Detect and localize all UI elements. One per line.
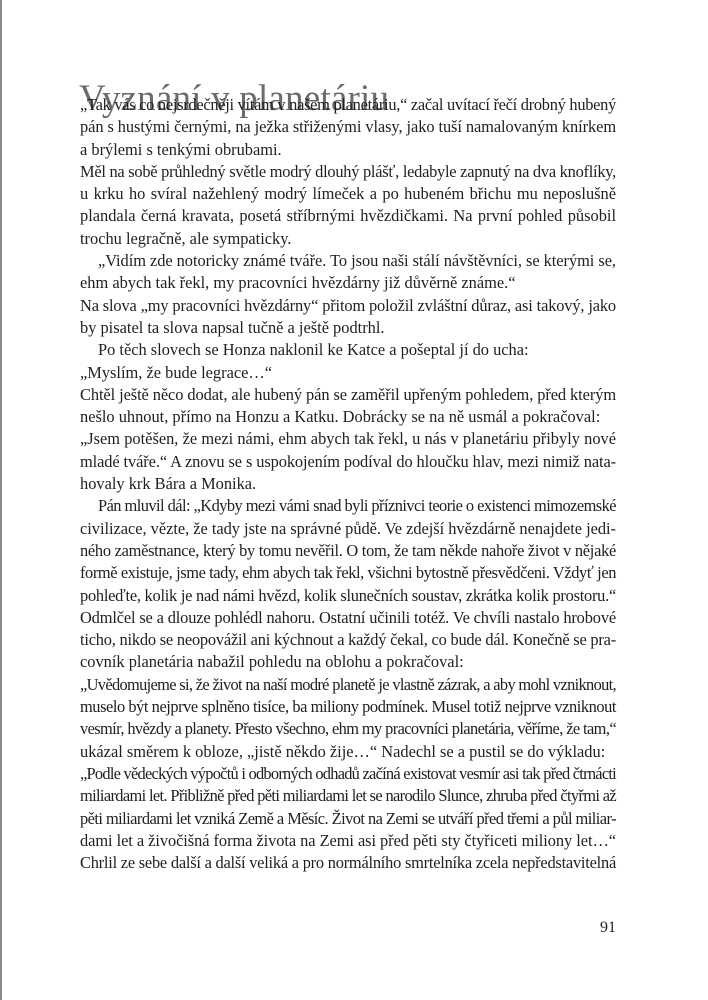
text-line: formě existuje, jsme tady, ehm abych tak…	[80, 562, 616, 584]
text-line: civilizace, vězte, že tady jste na správ…	[80, 518, 616, 540]
text-line: ukázal směrem k obloze, „jistě někdo žij…	[80, 741, 616, 763]
text-line: Po těch slovech se Honza naklonil ke Kat…	[80, 339, 616, 361]
text-line: pohleďte, kolik je nad námi hvězd, kolik…	[80, 585, 616, 607]
text-line: pěti miliardami let vzniká Země a Měsíc.…	[80, 808, 616, 830]
text-line: Chrlil ze sebe další a další veliká a pr…	[80, 852, 616, 874]
text-line: Odmlčel se a dlouze pohlédl nahoru. Osta…	[80, 607, 616, 629]
text-line: „Myslím, že bude legrace…“	[80, 362, 616, 384]
text-line: pán s hustými černými, na ježka střižený…	[80, 116, 616, 138]
text-line: Měl na sobě průhledný světle modrý dlouh…	[80, 161, 616, 183]
text-line: vesmír, hvězdy a planety. Přesto všechno…	[80, 718, 616, 740]
text-line: ehm abych tak řekl, my pracovníci hvězdá…	[80, 272, 616, 294]
text-line: ticho, nikdo se neopovážil ani kýchnout …	[80, 629, 616, 651]
text-line: ného zaměstnance, který by tomu nevěřil.…	[80, 540, 616, 562]
text-line: hovaly krk Bára a Monika.	[80, 473, 616, 495]
page-number: 91	[600, 919, 616, 937]
text-line: mladé tváře.“ A znovu se s uspokojením p…	[80, 451, 616, 473]
text-line: Chtěl ještě něco dodat, ale hubený pán s…	[80, 384, 616, 406]
text-line: muselo být nejprve splněno tisíce, ba mi…	[80, 696, 616, 718]
text-line: miliardami let. Přibližně před pěti mili…	[80, 785, 616, 807]
body-text: „Tak vás co nejsrdečněji vítám v našem p…	[80, 94, 616, 874]
text-line: „Vidím zde notoricky známé tváře. To jso…	[80, 250, 616, 272]
text-line: plandala černá kravata, posetá stříbrným…	[80, 205, 616, 227]
text-line: Na slova „my pracovníci hvězdárny“ přito…	[80, 295, 616, 317]
text-line: Pán mluvil dál: „Kdyby mezi vámi snad by…	[80, 495, 616, 517]
text-line: „Podle vědeckých výpočtů i odborných odh…	[80, 763, 616, 785]
text-line: „Tak vás co nejsrdečněji vítám v našem p…	[80, 94, 616, 116]
text-line: nešlo uhnout, přímo na Honzu a Katku. Do…	[80, 406, 616, 428]
text-line: u krku ho svíral nažehlený modrý límeček…	[80, 183, 616, 205]
text-line: by pisatel ta slova napsal tučně a ještě…	[80, 317, 616, 339]
text-line: „Uvědomujeme si, že život na naší modré …	[80, 674, 616, 696]
text-line: covník planetária nabažil pohledu na obl…	[80, 651, 616, 673]
text-line: dami let a živočišná forma života na Zem…	[80, 830, 616, 852]
text-line: „Jsem potěšen, že mezi námi, ehm abych t…	[80, 428, 616, 450]
page-edge-line	[0, 0, 2, 1000]
text-line: a brýlemi s tenkými obrubami.	[80, 139, 616, 161]
text-line: trochu legračně, ale sympaticky.	[80, 228, 616, 250]
